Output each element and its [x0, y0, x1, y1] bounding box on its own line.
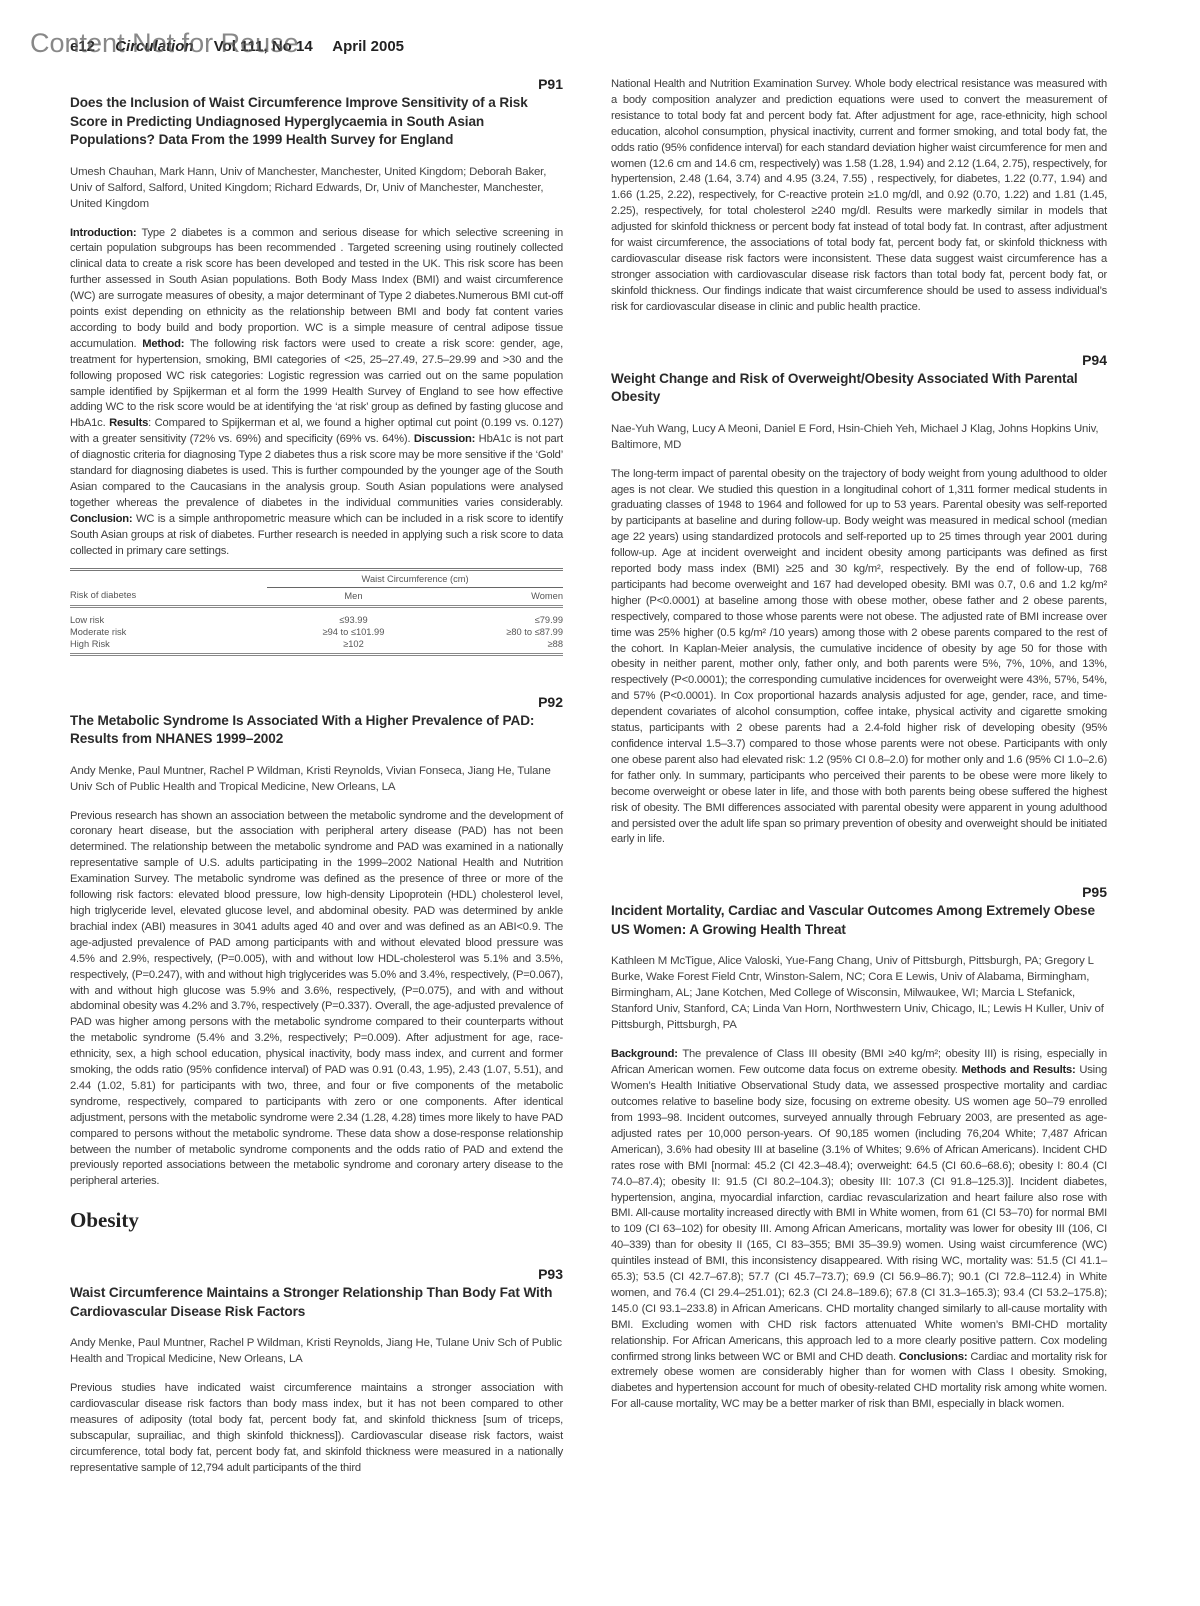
volume-issue: Vol 111, No 14: [214, 38, 313, 55]
table-cell: Low risk: [70, 606, 267, 626]
table-cell: Moderate risk: [70, 626, 267, 638]
section-label: Methods and Results:: [962, 1064, 1076, 1076]
table-cell: ≥94 to ≤101.99: [267, 626, 440, 638]
abstract-p92: P92 The Metabolic Syndrome Is Associated…: [70, 694, 563, 1191]
waist-circumference-table: Waist Circumference (cm) Risk of diabete…: [70, 568, 563, 656]
table-cell: ≥88: [440, 638, 563, 655]
body-text: Type 2 diabetes is a common and serious …: [70, 227, 563, 350]
abstract-body: Introduction: Type 2 diabetes is a commo…: [70, 226, 563, 560]
abstract-authors: Kathleen M McTigue, Alice Valoski, Yue-F…: [611, 953, 1107, 1033]
abstract-authors: Andy Menke, Paul Muntner, Rachel P Wildm…: [70, 763, 563, 795]
abstract-title: Waist Circumference Maintains a Stronger…: [70, 1284, 563, 1321]
abstract-title: The Metabolic Syndrome Is Associated Wit…: [70, 712, 563, 749]
table-column-header: Risk of diabetes: [70, 587, 267, 606]
abstract-id: P92: [70, 694, 563, 711]
section-label: Introduction:: [70, 227, 136, 239]
page-number: e12: [70, 38, 95, 55]
abstract-body: The long-term impact of parental obesity…: [611, 467, 1107, 849]
table-column-header: Women: [440, 587, 563, 606]
running-header: e12 Circulation Vol 111, No 14 April 200…: [70, 38, 420, 60]
table-row: High Risk ≥102 ≥88: [70, 638, 563, 655]
abstract-id: P95: [611, 884, 1107, 901]
abstract-body-continued: National Health and Nutrition Examinatio…: [611, 77, 1107, 316]
abstract-p93: P93 Waist Circumference Maintains a Stro…: [70, 1266, 563, 1476]
section-label: Background:: [611, 1048, 678, 1060]
table-row: Moderate risk ≥94 to ≤101.99 ≥80 to ≤87.…: [70, 626, 563, 638]
abstract-p91: P91 Does the Inclusion of Waist Circumfe…: [70, 76, 563, 656]
abstract-authors: Umesh Chauhan, Mark Hann, Univ of Manche…: [70, 164, 563, 212]
right-column: National Health and Nutrition Examinatio…: [611, 77, 1107, 1413]
issue-date: April 2005: [332, 38, 404, 55]
table-column-header: Men: [267, 587, 440, 606]
table-group-header: Waist Circumference (cm): [267, 571, 563, 588]
body-text: The following risk factors were used to …: [70, 338, 563, 430]
abstract-body: Previous research has shown an associati…: [70, 809, 563, 1191]
body-text: Using Women’s Health Initiative Observat…: [611, 1064, 1107, 1362]
abstract-title: Weight Change and Risk of Overweight/Obe…: [611, 370, 1107, 407]
section-label: Results: [109, 417, 148, 429]
section-label: Discussion:: [414, 433, 475, 445]
left-column: P91 Does the Inclusion of Waist Circumfe…: [70, 76, 563, 1477]
abstract-authors: Nae-Yuh Wang, Lucy A Meoni, Daniel E For…: [611, 421, 1107, 453]
abstract-p94: P94 Weight Change and Risk of Overweight…: [611, 352, 1107, 849]
table-cell: ≥102: [267, 638, 440, 655]
abstract-p95: P95 Incident Mortality, Cardiac and Vasc…: [611, 884, 1107, 1413]
abstract-body: Background: The prevalence of Class III …: [611, 1047, 1107, 1413]
table-cell: ≥80 to ≤87.99: [440, 626, 563, 638]
body-text: WC is a simple anthropometric measure wh…: [70, 513, 563, 557]
abstract-title: Does the Inclusion of Waist Circumferenc…: [70, 94, 563, 150]
section-label: Conclusion:: [70, 513, 132, 525]
abstract-id: P91: [70, 76, 563, 93]
table-cell: High Risk: [70, 638, 267, 655]
abstract-authors: Andy Menke, Paul Muntner, Rachel P Wildm…: [70, 1335, 563, 1367]
section-heading-obesity: Obesity: [70, 1208, 563, 1232]
section-label: Method:: [142, 338, 184, 350]
abstract-id: P94: [611, 352, 1107, 369]
journal-name: Circulation: [115, 38, 193, 55]
section-label: Conclusions:: [899, 1351, 967, 1363]
table-cell: ≤79.99: [440, 606, 563, 626]
table-row: Low risk ≤93.99 ≤79.99: [70, 606, 563, 626]
table-cell: ≤93.99: [267, 606, 440, 626]
abstract-id: P93: [70, 1266, 563, 1283]
abstract-title: Incident Mortality, Cardiac and Vascular…: [611, 902, 1107, 939]
abstract-body: Previous studies have indicated waist ci…: [70, 1381, 563, 1476]
